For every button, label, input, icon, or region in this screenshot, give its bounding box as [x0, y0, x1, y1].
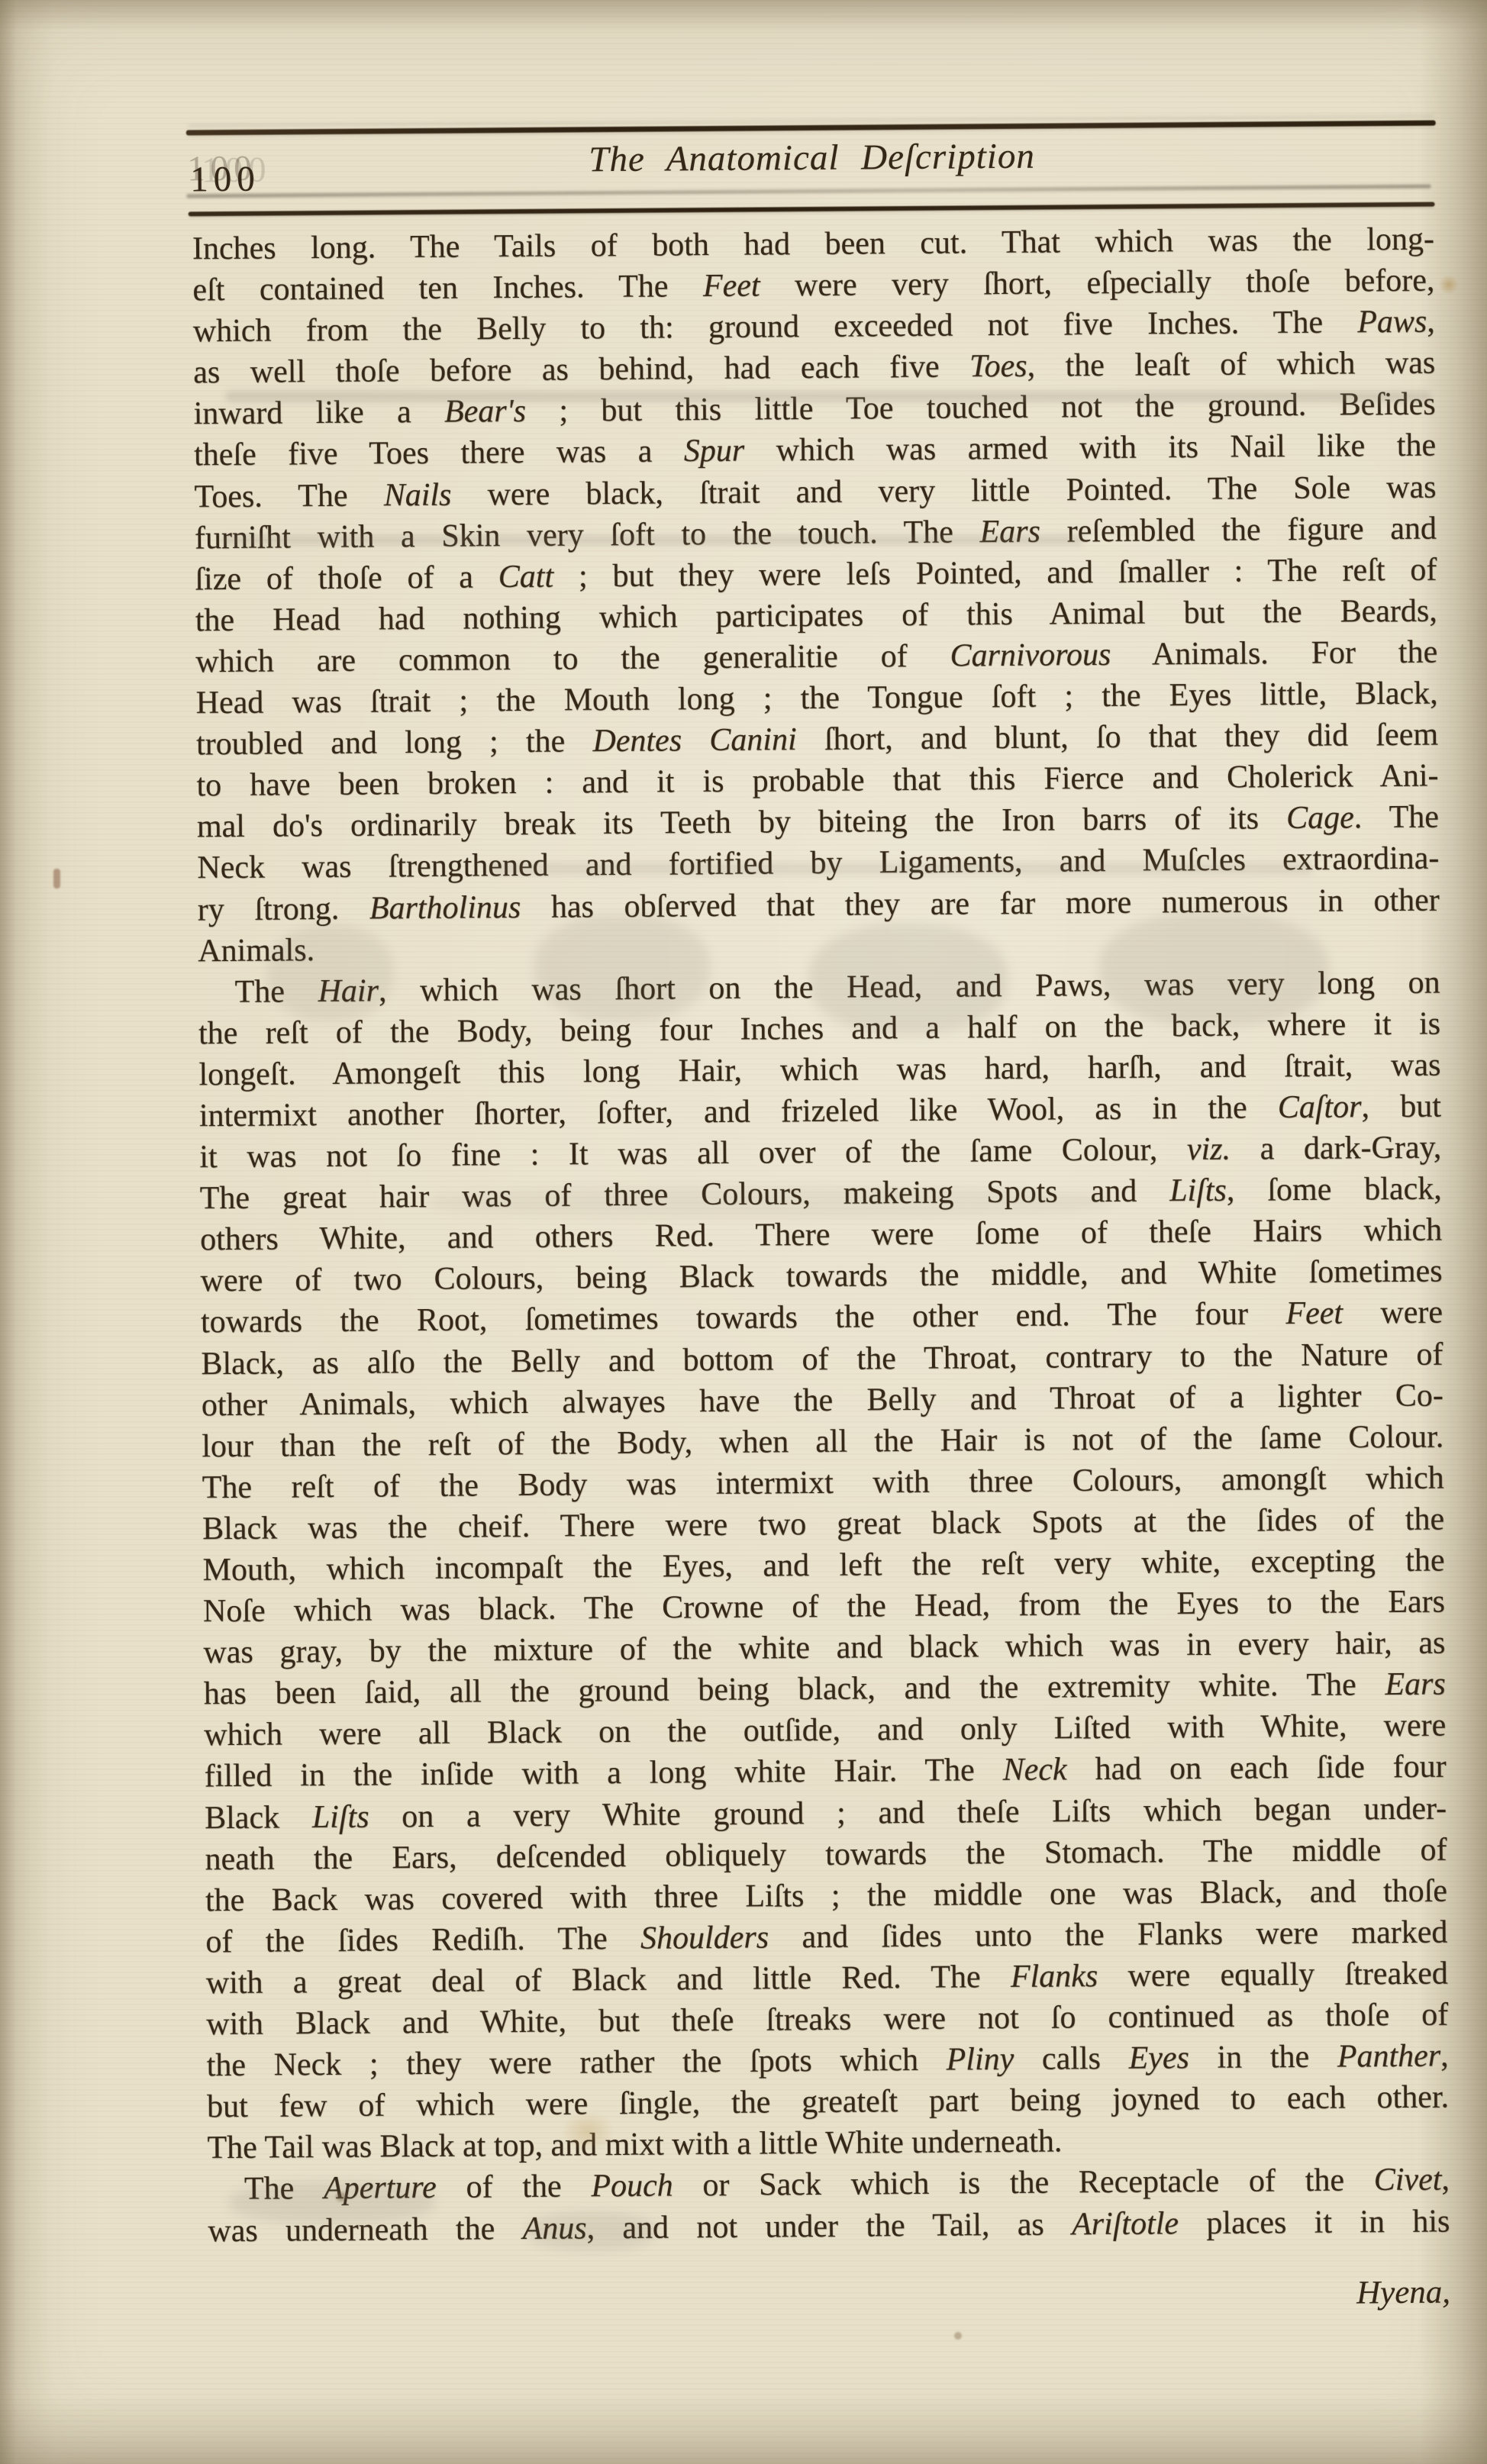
text-segment: the Neck ; they were rather the ſpots wh… [207, 2043, 947, 2084]
italic-text: Catt [498, 559, 554, 595]
text-segment: ; but they were leſs Pointed, and ſmalle… [553, 552, 1437, 594]
italic-text: Aperture [324, 2170, 437, 2206]
italic-text: Ears [1385, 1667, 1446, 1703]
text-segment: Toes. The [194, 478, 384, 514]
paragraph: Inches long. The Tails of both had been … [192, 219, 1440, 972]
text-segment: of the ſides Rediſh. The [205, 1921, 640, 1959]
text-segment: were of two Colours, being Black towards… [200, 1254, 1442, 1299]
italic-text: Civet [1374, 2162, 1442, 2198]
text-segment: were black, ſtrait and very little Point… [451, 469, 1436, 512]
italic-text: Bartholinus [369, 889, 521, 926]
text-segment: others White, and others Red. There were… [200, 1213, 1442, 1258]
text-segment: , [1441, 2162, 1450, 2198]
italic-text: Feet [1285, 1296, 1343, 1332]
italic-text: Eyes [1128, 2040, 1189, 2076]
text-segment: . The [1354, 800, 1439, 836]
book-page: 100 The Anatomical Deſcription Inches lo… [0, 0, 1487, 2464]
header-rule-dark [189, 202, 1435, 217]
text-segment: , but [1361, 1088, 1441, 1124]
italic-text: viz. [1187, 1132, 1231, 1167]
text-segment: The [244, 2171, 324, 2207]
text-block: Inches long. The Tails of both had been … [192, 219, 1450, 2252]
text-segment: were very ſhort, eſpecially thoſe before… [760, 263, 1434, 304]
italic-text: Carnivorous [950, 637, 1111, 674]
text-segment: of the [437, 2169, 592, 2206]
text-segment: or Sack which is the Receptacle of the [673, 2163, 1374, 2204]
text-segment: filled in the inſide with a long white H… [205, 1753, 1003, 1795]
text-segment: which are common to the generalitie of [195, 638, 950, 679]
italic-text: Liſts [1169, 1173, 1227, 1209]
text-segment: ſize of thoſe of a [195, 560, 498, 597]
italic-text: Caſtor [1278, 1089, 1362, 1125]
italic-text: Spur [684, 434, 745, 469]
text-segment: Black was the cheif. There were two grea… [202, 1501, 1444, 1546]
italic-text: Panther [1337, 2039, 1441, 2075]
text-segment: the Back was covered with three Liſts ; … [205, 1873, 1447, 1918]
text-segment: The reſt of the Body was intermixt with … [202, 1460, 1444, 1505]
text-segment: , [1440, 2039, 1449, 2074]
text-segment: Black, as alſo the Belly and bottom of t… [201, 1337, 1443, 1382]
italic-text: Pliny [946, 2042, 1014, 2078]
text-segment: furniſht with a Skin very ſoft to the to… [195, 514, 980, 556]
text-segment: theſe five Toes there was a [194, 434, 684, 473]
text-segment: a dark-Gray, [1231, 1130, 1442, 1167]
italic-text: Ears [979, 514, 1040, 550]
text-segment: mal do's ordinarily break its Teeth by b… [197, 801, 1287, 844]
text-segment: were [1343, 1295, 1443, 1331]
text-segment: which was armed with its Nail like the [744, 428, 1436, 469]
italic-text: Flanks [1011, 1959, 1098, 1995]
text-segment: Black [205, 1800, 312, 1836]
text-segment: on a very White ground ; and theſe Liſts… [369, 1791, 1447, 1834]
running-title: The Anatomical Deſcription [192, 133, 1432, 184]
italic-text: Neck [1002, 1753, 1066, 1788]
text-segment: Mouth, which incompaſt the Eyes, and lef… [202, 1543, 1444, 1588]
text-segment: The Tail was Black at top, and mixt with… [207, 2124, 1062, 2166]
text-segment: Animals. For the [1111, 634, 1437, 672]
text-segment: Animals. [198, 933, 314, 969]
text-segment: as well thoſe before as behind, had each… [193, 350, 969, 391]
text-segment: ; but this little Toe touched not the gr… [526, 387, 1436, 429]
text-segment: has obſerved that they are far more nume… [521, 882, 1440, 924]
text-segment: ry ſtrong. [198, 891, 369, 927]
text-segment: Noſe which was black. The Crowne of the … [203, 1585, 1445, 1630]
text-segment: with Black and White, but theſe ſtreaks … [206, 1998, 1448, 2043]
text-segment: the reſt of the Body, being four Inches … [198, 1006, 1440, 1051]
text-segment: was underneath the [208, 2211, 523, 2249]
text-segment: , ſome black, [1227, 1172, 1442, 1208]
text-segment: and ſides unto the Flanks were marked [769, 1914, 1448, 1955]
text-segment: ſhort, and blunt, ſo that they did ſeem [797, 718, 1439, 758]
italic-text: Hair [318, 973, 379, 1009]
text-segment: it was not ſo fine : It was all over of … [199, 1132, 1187, 1175]
text-segment: The [234, 974, 318, 1010]
text-segment: inward like a [194, 395, 445, 432]
italic-text: Toes [969, 349, 1027, 385]
italic-text: Paws [1357, 305, 1427, 340]
italic-text: Liſts [312, 1799, 369, 1835]
italic-text: Cage [1286, 801, 1354, 837]
text-segment: which were all Black on the outſide, and… [204, 1708, 1446, 1753]
text-segment: neath the Ears, deſcended obliquely towa… [205, 1832, 1447, 1877]
catchword: Hyena, [208, 2273, 1453, 2320]
italic-text: Shoulders [640, 1920, 769, 1956]
text-segment: Neck was ſtrengthened and fortified by L… [197, 841, 1439, 886]
text-segment: , and not under the Tail, as [586, 2207, 1072, 2246]
italic-text: Anus [522, 2211, 586, 2246]
header-rule-faint [186, 185, 1431, 198]
text-segment: other Animals, which alwayes have the Be… [202, 1378, 1443, 1423]
paragraph: The Aperture of the Pouch or Sack which … [208, 2159, 1450, 2252]
text-segment: places it in his [1179, 2204, 1450, 2241]
italic-text: Feet [703, 269, 760, 305]
text-segment: reſembled the figure and [1040, 511, 1437, 549]
text-segment: troubled and long ; the [196, 724, 593, 762]
text-segment: , which was ſhort on the Head, and Paws,… [379, 965, 1440, 1008]
italic-text: Pouch [591, 2169, 673, 2204]
text-segment: which from the Belly to th: ground excee… [193, 305, 1358, 350]
text-segment: but few of which were ſingle, the greate… [207, 2080, 1449, 2125]
text-segment: Head was ſtrait ; the Mouth long ; the T… [195, 676, 1437, 721]
text-segment: to have been broken : and it is probable… [196, 759, 1438, 804]
text-segment: calls [1014, 2041, 1129, 2077]
text-segment: with a great deal of Black and little Re… [206, 1959, 1011, 2001]
text-segment: were equally ſtreaked [1098, 1956, 1448, 1994]
paragraph: The Hair, which was ſhort on the Head, a… [198, 962, 1449, 2169]
text-segment: , [1427, 305, 1435, 340]
italic-text: Ariſtotle [1072, 2206, 1179, 2242]
text-segment: The great hair was of three Colours, mak… [200, 1173, 1170, 1216]
text-segment: longeſt. Amongeſt this long Hair, which … [198, 1047, 1440, 1092]
text-segment: , the leaſt of which was [1027, 346, 1435, 384]
text-segment: intermixt another ſhorter, ſofter, and f… [199, 1090, 1278, 1134]
text-segment: in the [1189, 2040, 1337, 2076]
text-segment: was gray, by the mixture of the white an… [203, 1626, 1445, 1671]
text-segment: had on each ſide four [1066, 1750, 1446, 1788]
italic-text: Nails [384, 477, 452, 513]
text-segment: towards the Root, ſometimes towards the … [201, 1297, 1286, 1340]
text-segment: has been ſaid, all the ground being blac… [204, 1667, 1385, 1711]
italic-text: Bear's [444, 394, 526, 430]
text-segment: eſt contained ten Inches. The [192, 269, 703, 308]
text-segment: the Head had nothing which participates … [195, 593, 1437, 638]
page-content: 100 The Anatomical Deſcription Inches lo… [0, 0, 1487, 2464]
text-segment: Inches long. The Tails of both had been … [192, 222, 1434, 267]
italic-text: Dentes Canini [592, 722, 797, 759]
text-segment: lour than the reſt of the Body, when all… [202, 1419, 1443, 1464]
header-rule-top [186, 121, 1436, 136]
